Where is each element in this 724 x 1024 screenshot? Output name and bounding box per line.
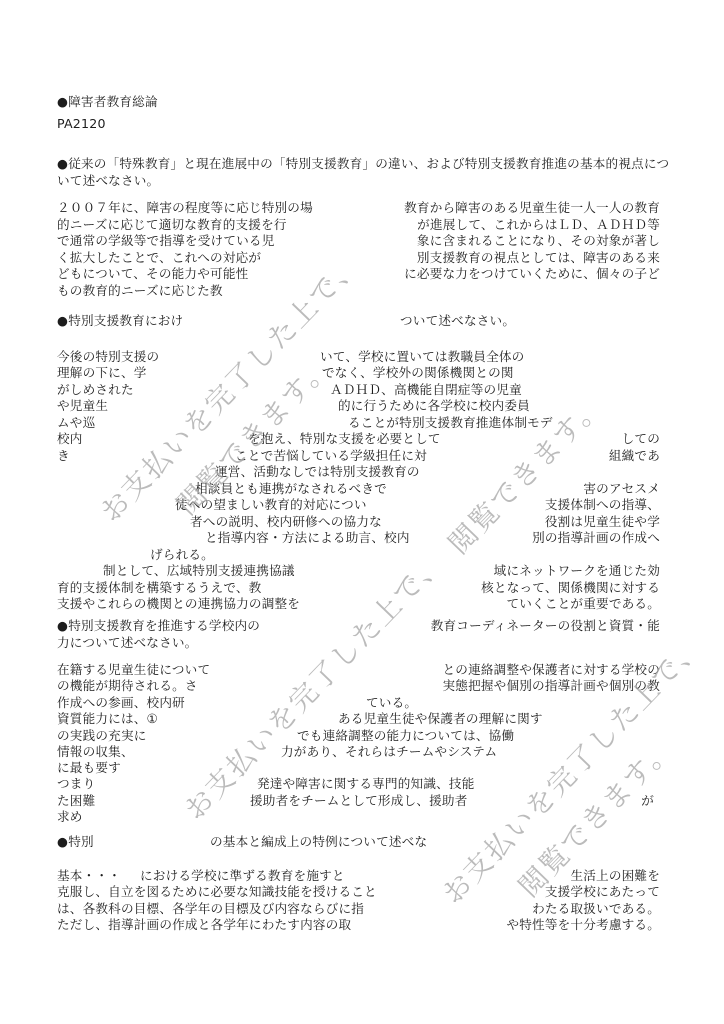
- text-fragment: がしめされた: [57, 381, 134, 398]
- text-line: げられる。: [0, 546, 724, 563]
- text-fragment: 作成への参画、校内研: [57, 694, 185, 711]
- heading-line: ●従来の「特殊教育」と現在進展中の「特別支援教育」の違い、および特別支援教育推進…: [0, 155, 724, 172]
- text-line: がしめされたＡＤＨＤ、高機能自閉症等の児童: [0, 381, 724, 398]
- text-fragment: 核となって、関係機関に対する: [481, 579, 660, 596]
- text-line: つまり発達や障害に関する専門的知識、技能: [0, 775, 724, 792]
- text-fragment: や特性等を十分考慮する。: [506, 916, 660, 933]
- text-fragment: の機能が期待される。さ: [57, 677, 198, 694]
- text-fragment: 克服し、自立を図るために必要な知識技能を授けること: [57, 883, 377, 900]
- text-fragment: と指導内容・方法による助言、校内: [205, 529, 410, 546]
- text-line: く拡大したことで、これへの対応が別支援教育の視点としては、障害のある来: [0, 249, 724, 266]
- heading-line: ●特別支援教育におけついて述べなさい。: [0, 312, 724, 329]
- text-fragment: 組織であ: [609, 447, 660, 464]
- text-fragment: ついて述べなさい。: [400, 312, 515, 329]
- text-line: ２００７年に、障害の程度等に応じ特別の場教育から障害のある児童生徒一人一人の教育: [0, 199, 724, 216]
- text-fragment: 教育コーディネーターの役割と資質・能: [431, 617, 660, 634]
- text-line: どもについて、その能力や可能性に必要な力をつけていくために、個々の子ど: [0, 265, 724, 282]
- text-fragment: 相談員とも連携がなされるべきで: [195, 480, 387, 497]
- text-fragment: が進展して、これからはＬＤ、ＡＤＨＤ等: [417, 216, 660, 233]
- text-fragment: ある児童生徒や保護者の理解に関す: [338, 710, 543, 727]
- text-fragment: 域にネットワークを通じた効: [494, 562, 660, 579]
- text-fragment: ●特別支援教育を推進する学校内の: [57, 617, 260, 634]
- text-fragment: は、各教科の目標、各学年の目標及び内容ならびに指: [57, 900, 364, 917]
- text-line: 情報の収集、力があり、それらはチームやシステム: [0, 743, 724, 760]
- text-line: や児童生的に行うために各学校に校内委員: [0, 397, 724, 414]
- text-line: 求め: [0, 808, 724, 825]
- text-fragment: ている。: [366, 694, 417, 711]
- text-line: 基本・・・における学校に準ずる教育を施すと生活上の困難を: [0, 867, 724, 884]
- text-fragment: く拡大したことで、これへの対応が: [57, 249, 261, 266]
- text-fragment: でも連絡調整の能力については、協働: [297, 727, 514, 744]
- text-fragment: の実践の充実に: [57, 727, 147, 744]
- text-fragment: 求め: [57, 808, 83, 825]
- text-line: 支援やこれらの機関との連携協力の調整をていくことが重要である。: [0, 595, 724, 612]
- text-fragment: や児童生: [57, 397, 108, 414]
- text-fragment: 生活上の困難を: [570, 867, 660, 884]
- text-line: PA2120: [0, 115, 724, 132]
- text-fragment: PA2120: [57, 115, 106, 132]
- text-fragment: 情報の収集、: [57, 743, 134, 760]
- text-line: 在籍する児童生徒についてとの連絡調整や保護者に対する学校の: [0, 661, 724, 678]
- text-fragment: 支援学校にあたって: [545, 883, 660, 900]
- text-fragment: ていくことが重要である。: [506, 595, 660, 612]
- heading-line: 力について述べなさい。: [0, 634, 724, 651]
- text-fragment: 今後の特別支援の: [57, 348, 159, 365]
- text-fragment: ムや巡: [57, 414, 95, 431]
- text-fragment: 別の指導計画の作成へ: [532, 529, 660, 546]
- text-fragment: ＡＤＨＤ、高機能自閉症等の児童: [330, 381, 522, 398]
- text-fragment: ２００７年に、障害の程度等に応じ特別の場: [57, 199, 313, 216]
- text-fragment: 運営、活動なしでは特別支援教育の: [215, 463, 420, 480]
- scanned-document-page: ●障害者教育総論PA2120●従来の「特殊教育」と現在進展中の「特別支援教育」の…: [0, 0, 724, 1024]
- text-line: 校内を抱え、特別な支援を必要としてしての: [0, 430, 724, 447]
- text-fragment: 害のアセスメ: [583, 480, 660, 497]
- text-line: きことで苦悩している学級担任に対組織であ: [0, 447, 724, 464]
- text-line: 者への説明、校内研修への協力な役割は児童生徒や学: [0, 513, 724, 530]
- text-line: で通常の学級等で指導を受けている児象に含まれることになり、その対象が著し: [0, 232, 724, 249]
- text-fragment: ●障害者教育総論: [57, 93, 158, 110]
- text-fragment: わたる取扱いである。: [532, 900, 660, 917]
- heading-line: ●特別支援教育を推進する学校内の教育コーディネーターの役割と資質・能: [0, 617, 724, 634]
- text-line: 徒への望ましい教育的対応につい支援体制への指導、: [0, 496, 724, 513]
- text-line: の実践の充実にでも連絡調整の能力については、協働: [0, 727, 724, 744]
- text-fragment: 的に行うために各学校に校内委員: [338, 397, 530, 414]
- text-fragment: ●特別支援教育におけ: [57, 312, 183, 329]
- text-fragment: 在籍する児童生徒について: [57, 661, 210, 678]
- text-fragment: 別支援教育の視点としては、障害のある来: [417, 249, 660, 266]
- heading-line: ●特別の基本と編成上の特例について述べな: [0, 833, 724, 850]
- heading-line: ●障害者教育総論: [0, 93, 724, 110]
- heading-line: いて述べなさい。: [0, 172, 724, 189]
- text-line: 資質能力には、①ある児童生徒や保護者の理解に関す: [0, 710, 724, 727]
- text-fragment: 支援やこれらの機関との連携協力の調整を: [57, 595, 300, 612]
- text-line: 運営、活動なしでは特別支援教育の: [0, 463, 724, 480]
- text-fragment: でなく、学校外の関係機関との関: [322, 364, 514, 381]
- text-fragment: で通常の学級等で指導を受けている児: [57, 232, 275, 249]
- text-fragment: 基本・・・: [57, 867, 121, 884]
- text-fragment: つまり: [57, 775, 95, 792]
- text-fragment: 校内: [57, 430, 83, 447]
- text-fragment: を抱え、特別な支援を必要として: [248, 430, 441, 447]
- text-line: もの教育的ニーズに応じた教: [0, 282, 724, 299]
- text-fragment: に最も要す: [57, 759, 121, 776]
- text-line: の機能が期待される。さ実態把握や個別の指導計画や個別の教: [0, 677, 724, 694]
- text-fragment: との連絡調整や保護者に対する学校の: [443, 661, 661, 678]
- text-fragment: ることが特別支援教育推進体制モデ: [348, 414, 553, 431]
- text-fragment: き: [57, 447, 70, 464]
- text-fragment: ことで苦悩している学級担任に対: [235, 447, 427, 464]
- text-line: は、各教科の目標、各学年の目標及び内容ならびに指わたる取扱いである。: [0, 900, 724, 917]
- text-fragment: 力があり、それらはチームやシステム: [281, 743, 497, 760]
- text-fragment: ●特別: [57, 833, 94, 850]
- text-fragment: 役割は児童生徒や学: [545, 513, 660, 530]
- text-fragment: 育的支援体制を構築するうえで、教: [57, 579, 261, 596]
- text-line: 克服し、自立を図るために必要な知識技能を授けること支援学校にあたって: [0, 883, 724, 900]
- text-line: に最も要す: [0, 759, 724, 776]
- text-fragment: 者への説明、校内研修への協力な: [190, 513, 382, 530]
- text-fragment: 制として、広域特別支援連携協議: [103, 562, 295, 579]
- text-fragment: の基本と編成上の特例について述べな: [210, 833, 427, 850]
- text-line: 制として、広域特別支援連携協議域にネットワークを通じた効: [0, 562, 724, 579]
- text-line: 今後の特別支援のいて、学校に置いては教職員全体の: [0, 348, 724, 365]
- text-fragment: しての: [622, 430, 660, 447]
- text-fragment: ●従来の「特殊教育」と現在進展中の「特別支援教育」の違い、および特別支援教育推進…: [57, 155, 669, 172]
- text-fragment: が: [641, 792, 654, 809]
- text-line: 相談員とも連携がなされるべきで害のアセスメ: [0, 480, 724, 497]
- text-line: 作成への参画、校内研ている。: [0, 694, 724, 711]
- text-fragment: もの教育的ニーズに応じた教: [57, 282, 223, 299]
- text-line: た困難援助者をチームとして形成し、援助者が: [0, 792, 724, 809]
- text-fragment: における学校に準ずる教育を施すと: [140, 867, 345, 884]
- text-fragment: いて、学校に置いては教職員全体の: [320, 348, 524, 365]
- text-line: 理解の下に、学でなく、学校外の関係機関との関: [0, 364, 724, 381]
- text-fragment: どもについて、その能力や可能性: [57, 265, 248, 282]
- text-fragment: 徒への望ましい教育的対応につい: [175, 496, 367, 513]
- text-fragment: 支援体制への指導、: [545, 496, 660, 513]
- text-fragment: げられる。: [150, 546, 214, 563]
- text-fragment: 象に含まれることになり、その対象が著し: [417, 232, 660, 249]
- text-fragment: ただし、指導計画の作成と各学年にわたす内容の取: [57, 916, 351, 933]
- text-fragment: 実態把握や個別の指導計画や個別の教: [443, 677, 661, 694]
- text-fragment: 資質能力には、①: [57, 710, 158, 727]
- text-line: ムや巡ることが特別支援教育推進体制モデ: [0, 414, 724, 431]
- text-fragment: た困難: [57, 792, 95, 809]
- text-fragment: 理解の下に、学: [57, 364, 147, 381]
- text-fragment: いて述べなさい。: [57, 172, 159, 189]
- text-line: と指導内容・方法による助言、校内別の指導計画の作成へ: [0, 529, 724, 546]
- text-fragment: 発達や障害に関する専門的知識、技能: [257, 775, 475, 792]
- text-line: ただし、指導計画の作成と各学年にわたす内容の取や特性等を十分考慮する。: [0, 916, 724, 933]
- text-fragment: に必要な力をつけていくために、個々の子ど: [404, 265, 660, 282]
- text-fragment: 教育から障害のある児童生徒一人一人の教育: [404, 199, 660, 216]
- text-fragment: 援助者をチームとして形成し、援助者: [250, 792, 468, 809]
- text-fragment: 的ニーズに応じて適切な教育的支援を行: [57, 216, 287, 233]
- text-line: 的ニーズに応じて適切な教育的支援を行が進展して、これからはＬＤ、ＡＤＨＤ等: [0, 216, 724, 233]
- text-fragment: 力について述べなさい。: [57, 634, 197, 651]
- text-line: 育的支援体制を構築するうえで、教核となって、関係機関に対する: [0, 579, 724, 596]
